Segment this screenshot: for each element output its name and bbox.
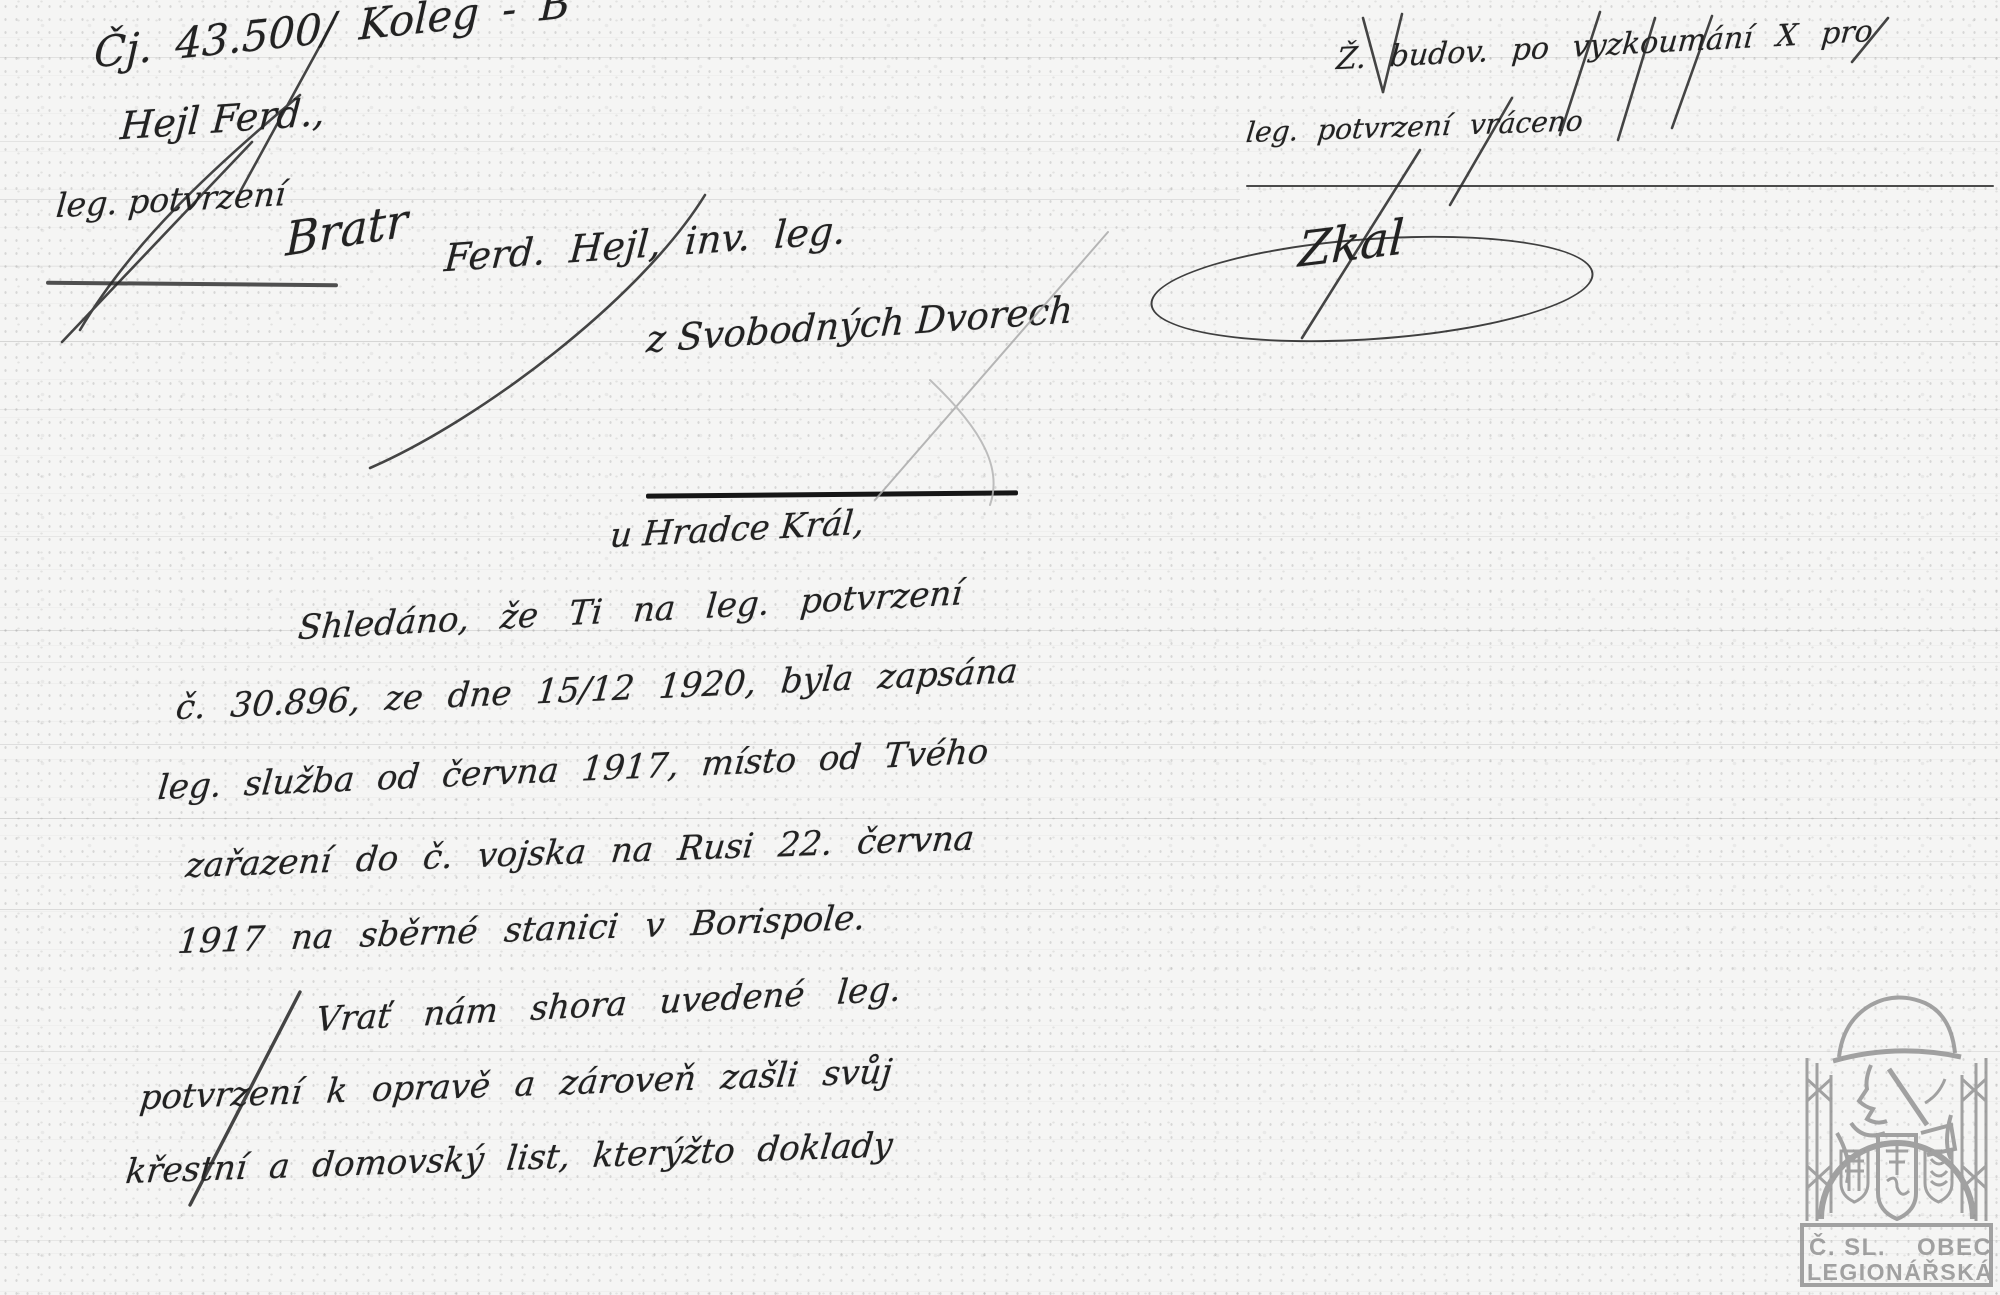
scan-line	[0, 1051, 2000, 1052]
body-line: Vrať nám shora uvedené leg.	[314, 969, 902, 1040]
flourish-stroke	[62, 142, 252, 342]
pencil-stroke	[875, 232, 1108, 500]
pencil-stroke	[930, 380, 994, 505]
body-line: zařazení do č. vojska na Rusi 22. června	[184, 818, 976, 886]
office-note-line1: Ž. budov. po vyzkoumání X pro	[1335, 14, 1874, 77]
body-line: leg. služba od června 1917, místo od Tvé…	[156, 732, 990, 808]
legion-stamp: Č. SL. OBEC LEGIONÁŘSKÁ	[1793, 983, 2000, 1293]
scan-line	[0, 818, 2000, 819]
clerk-signature: Zkal	[1297, 209, 1406, 279]
scan-line	[0, 909, 2000, 910]
body-line: Shledáno, že Ti na leg. potvrzení	[296, 573, 964, 648]
scan-line	[0, 141, 2000, 142]
address-salutation: Bratr	[285, 193, 408, 267]
body-line: potvrzení k opravě a zároveň zašli svůj	[138, 1052, 894, 1118]
body-line: křestní a domovský list, kterýžto doklad…	[124, 1125, 895, 1192]
scan-line	[0, 341, 2000, 342]
stamp-text-legionarska: LEGIONÁŘSKÁ	[1807, 1258, 1993, 1285]
stamp-text-obec: OBEC	[1917, 1234, 1992, 1261]
scan-line	[0, 409, 2000, 410]
scan-line	[0, 1240, 2000, 1241]
address-town: u Hradce Král,	[608, 503, 865, 557]
address-village: z Svobodných Dvorech	[645, 288, 1074, 361]
scan-line	[0, 266, 2000, 267]
addressee-name-note: Hejl Ferd.,	[119, 90, 327, 149]
body-line: 1917 na sběrné stanici v Borispole.	[176, 898, 867, 962]
office-note-line2: leg. potvrzení vráceno	[1245, 104, 1585, 149]
scan-line	[0, 744, 2000, 745]
reference-number: Čj. 43.500/ Koleg - B	[93, 0, 571, 77]
scanned-document-page: Čj. 43.500/ Koleg - B Hejl Ferd., leg. p…	[0, 0, 2000, 1295]
legitimation-note: leg. potvrzení	[55, 174, 288, 225]
address-name: Ferd. Hejl, inv. leg.	[443, 208, 847, 280]
scan-line	[0, 536, 2000, 537]
pen-strike-line	[46, 281, 338, 288]
stamp-text-csl: Č. SL.	[1809, 1233, 1886, 1261]
coat-of-arms-shields	[1841, 1135, 1952, 1219]
body-line: č. 30.896, ze dne 15/12 1920, byla zapsá…	[174, 651, 1019, 728]
right-rule-line	[1246, 185, 1994, 187]
address-underline	[646, 490, 1018, 498]
